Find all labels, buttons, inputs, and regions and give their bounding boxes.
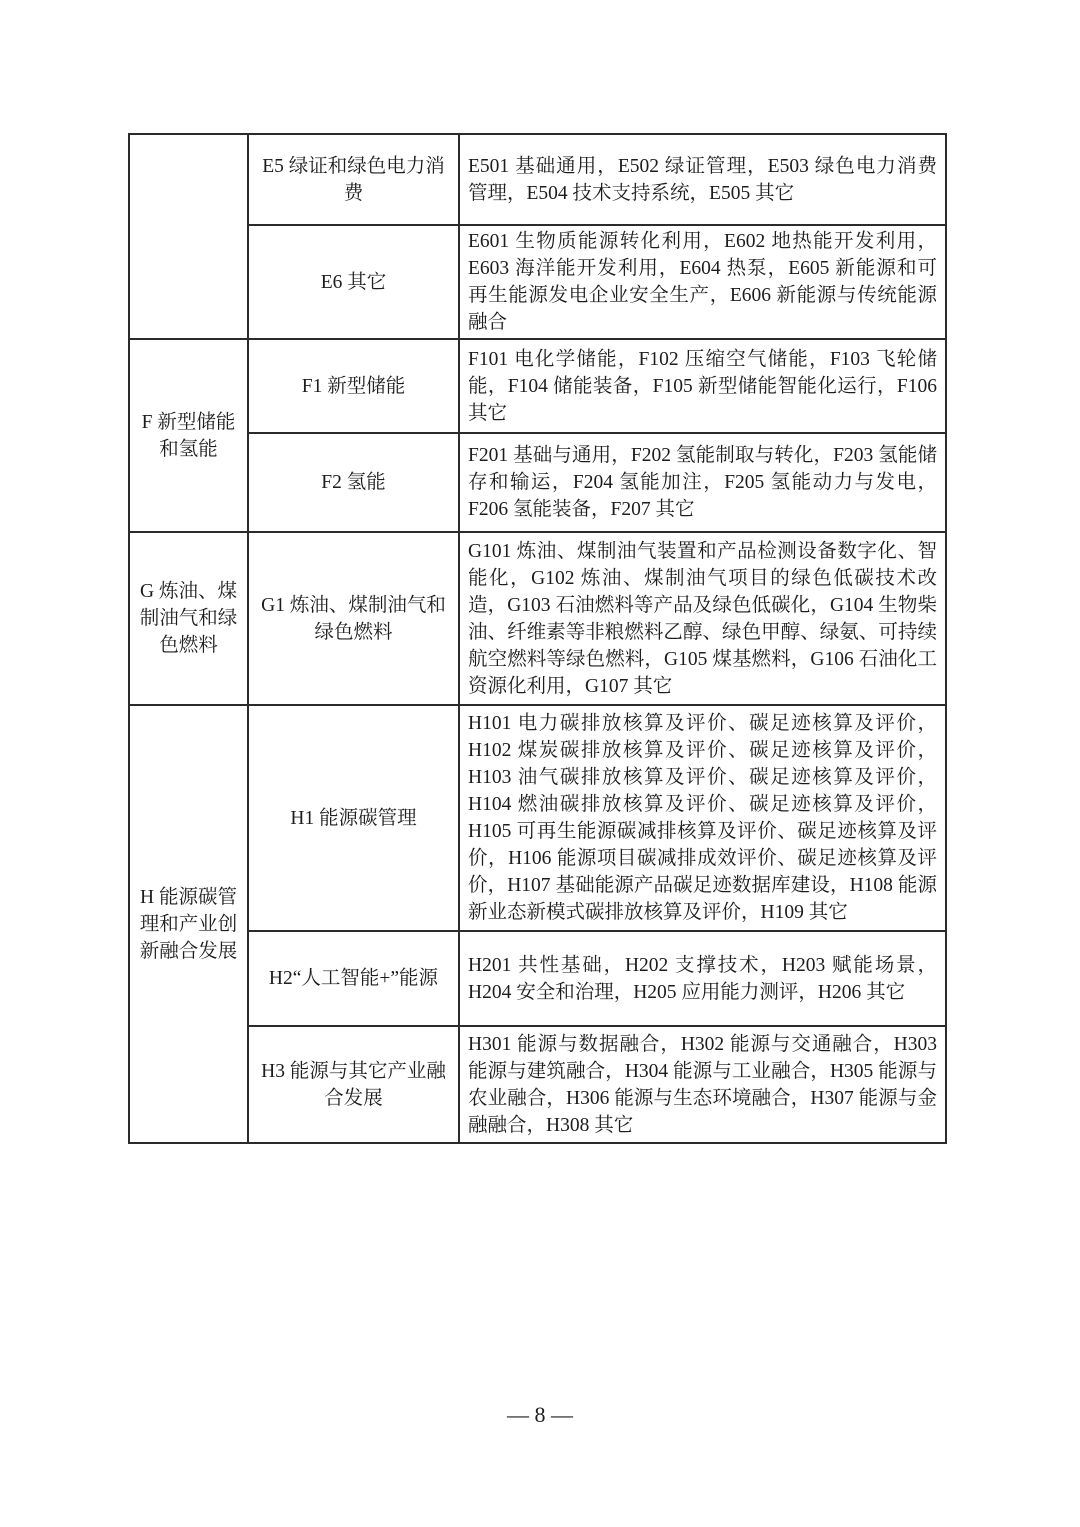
document-page: E5 绿证和绿色电力消费 E501 基础通用，E502 绿证管理，E503 绿色… [0,0,1080,1527]
table-row: H 能源碳管理和产业创新融合发展 H1 能源碳管理 H101 电力碳排放核算及评… [129,705,946,931]
table-row: E6 其它 E601 生物质能源转化利用，E602 地热能开发利用，E603 海… [129,225,946,339]
table-row: G 炼油、煤制油气和绿色燃料 G1 炼油、煤制油气和绿色燃料 G101 炼油、煤… [129,532,946,705]
detail-cell: F201 基础与通用，F202 氢能制取与转化，F203 氢能储存和输运，F20… [459,433,946,532]
category-cell-g: G 炼油、煤制油气和绿色燃料 [129,532,248,705]
detail-cell: H101 电力碳排放核算及评价、碳足迹核算及评价，H102 煤炭碳排放核算及评价… [459,705,946,931]
subcategory-cell: H2“人工智能+”能源 [248,931,459,1026]
detail-cell: F101 电化学储能，F102 压缩空气储能，F103 飞轮储能，F104 储能… [459,339,946,433]
subcategory-cell: E6 其它 [248,225,459,339]
table-row: H2“人工智能+”能源 H201 共性基础，H202 支撑技术，H203 赋能场… [129,931,946,1026]
table-row: H3 能源与其它产业融合发展 H301 能源与数据融合，H302 能源与交通融合… [129,1026,946,1143]
subcategory-cell: G1 炼油、煤制油气和绿色燃料 [248,532,459,705]
subcategory-cell: F2 氢能 [248,433,459,532]
detail-cell: G101 炼油、煤制油气装置和产品检测设备数字化、智能化，G102 炼油、煤制油… [459,532,946,705]
subcategory-cell: F1 新型储能 [248,339,459,433]
table-row: F 新型储能和氢能 F1 新型储能 F101 电化学储能，F102 压缩空气储能… [129,339,946,433]
category-cell-e [129,134,248,339]
detail-cell: H201 共性基础，H202 支撑技术，H203 赋能场景，H204 安全和治理… [459,931,946,1026]
table-row: F2 氢能 F201 基础与通用，F202 氢能制取与转化，F203 氢能储存和… [129,433,946,532]
detail-cell: H301 能源与数据融合，H302 能源与交通融合，H303 能源与建筑融合，H… [459,1026,946,1143]
subcategory-cell: H1 能源碳管理 [248,705,459,931]
classification-table: E5 绿证和绿色电力消费 E501 基础通用，E502 绿证管理，E503 绿色… [128,133,947,1144]
table-row: E5 绿证和绿色电力消费 E501 基础通用，E502 绿证管理，E503 绿色… [129,134,946,225]
subcategory-cell: H3 能源与其它产业融合发展 [248,1026,459,1143]
category-cell-f: F 新型储能和氢能 [129,339,248,532]
category-cell-h: H 能源碳管理和产业创新融合发展 [129,705,248,1143]
subcategory-cell: E5 绿证和绿色电力消费 [248,134,459,225]
page-number: — 8 — [0,1401,1080,1429]
detail-cell: E601 生物质能源转化利用，E602 地热能开发利用，E603 海洋能开发利用… [459,225,946,339]
detail-cell: E501 基础通用，E502 绿证管理，E503 绿色电力消费管理，E504 技… [459,134,946,225]
